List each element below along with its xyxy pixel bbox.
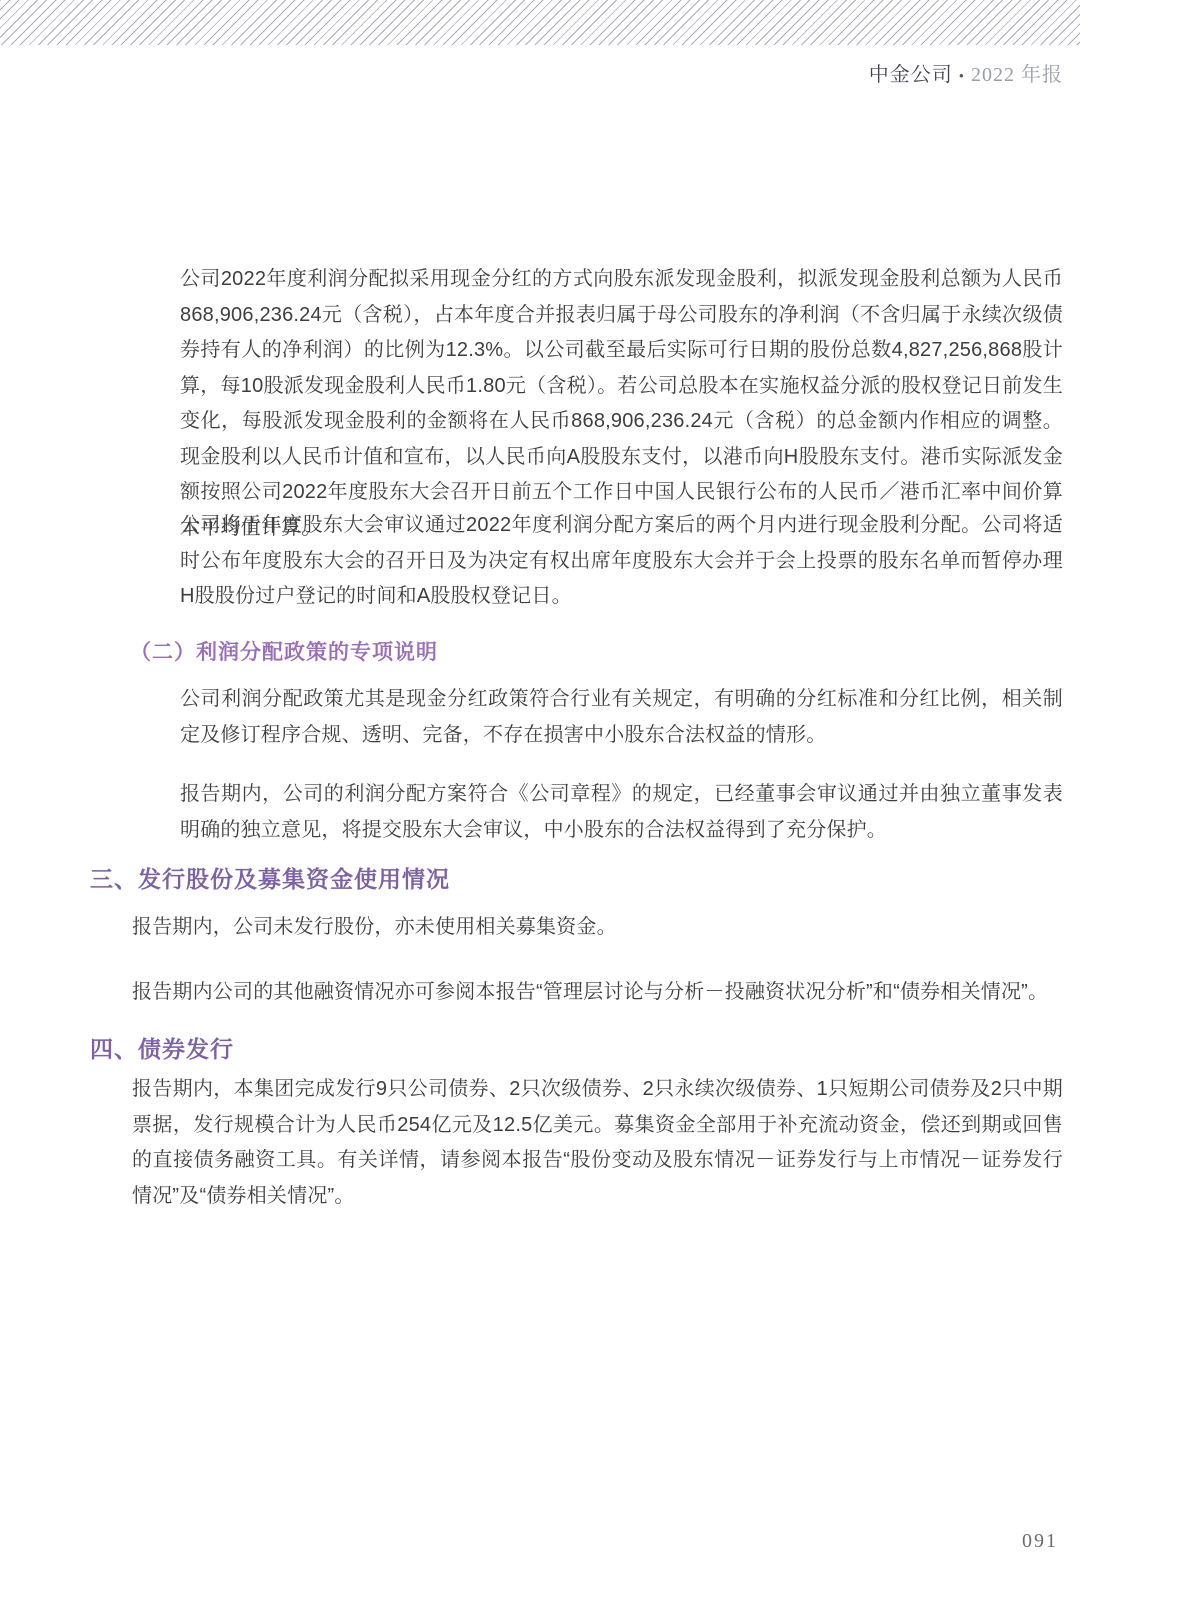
heading-profit-distribution-policy: （二）利润分配政策的专项说明 [130,638,438,668]
page-number: 091 [0,1530,1058,1553]
header-report-edition: 2022 年报 [971,64,1063,86]
page-header: 中金公司•2022 年报 [0,58,1063,87]
paragraph-policy-compliance: 公司利润分配政策尤其是现金分红政策符合行业有关规定，有明确的分红标准和分红比例，… [180,682,1063,753]
heading-share-issuance: 三、发行股份及募集资金使用情况 [90,864,450,894]
heading-bond-issuance: 四、债券发行 [90,1034,234,1064]
paragraph-dividend-plan: 公司2022年度利润分配拟采用现金分红的方式向股东派发现金股利，拟派发现金股利总… [180,262,1063,546]
paragraph-dividend-timing: 公司将于年度股东大会审议通过2022年度利润分配方案后的两个月内进行现金股利分配… [180,508,1063,615]
paragraph-other-financing-reference: 报告期内公司的其他融资情况亦可参阅本报告“管理层讨论与分析－投融资状况分析”和“… [132,975,1063,1011]
paragraph-no-share-issuance: 报告期内，公司未发行股份，亦未使用相关募集资金。 [132,910,1063,946]
decorative-hatch-pattern [0,0,1080,45]
paragraph-bond-issuance-details: 报告期内，本集团完成发行9只公司债券、2只次级债券、2只永续次级债券、1只短期公… [132,1072,1063,1214]
header-bullet-icon: • [953,69,971,85]
header-company-name: 中金公司 [869,64,953,86]
paragraph-policy-board-review: 报告期内，公司的利润分配方案符合《公司章程》的规定，已经董事会审议通过并由独立董… [180,777,1063,848]
